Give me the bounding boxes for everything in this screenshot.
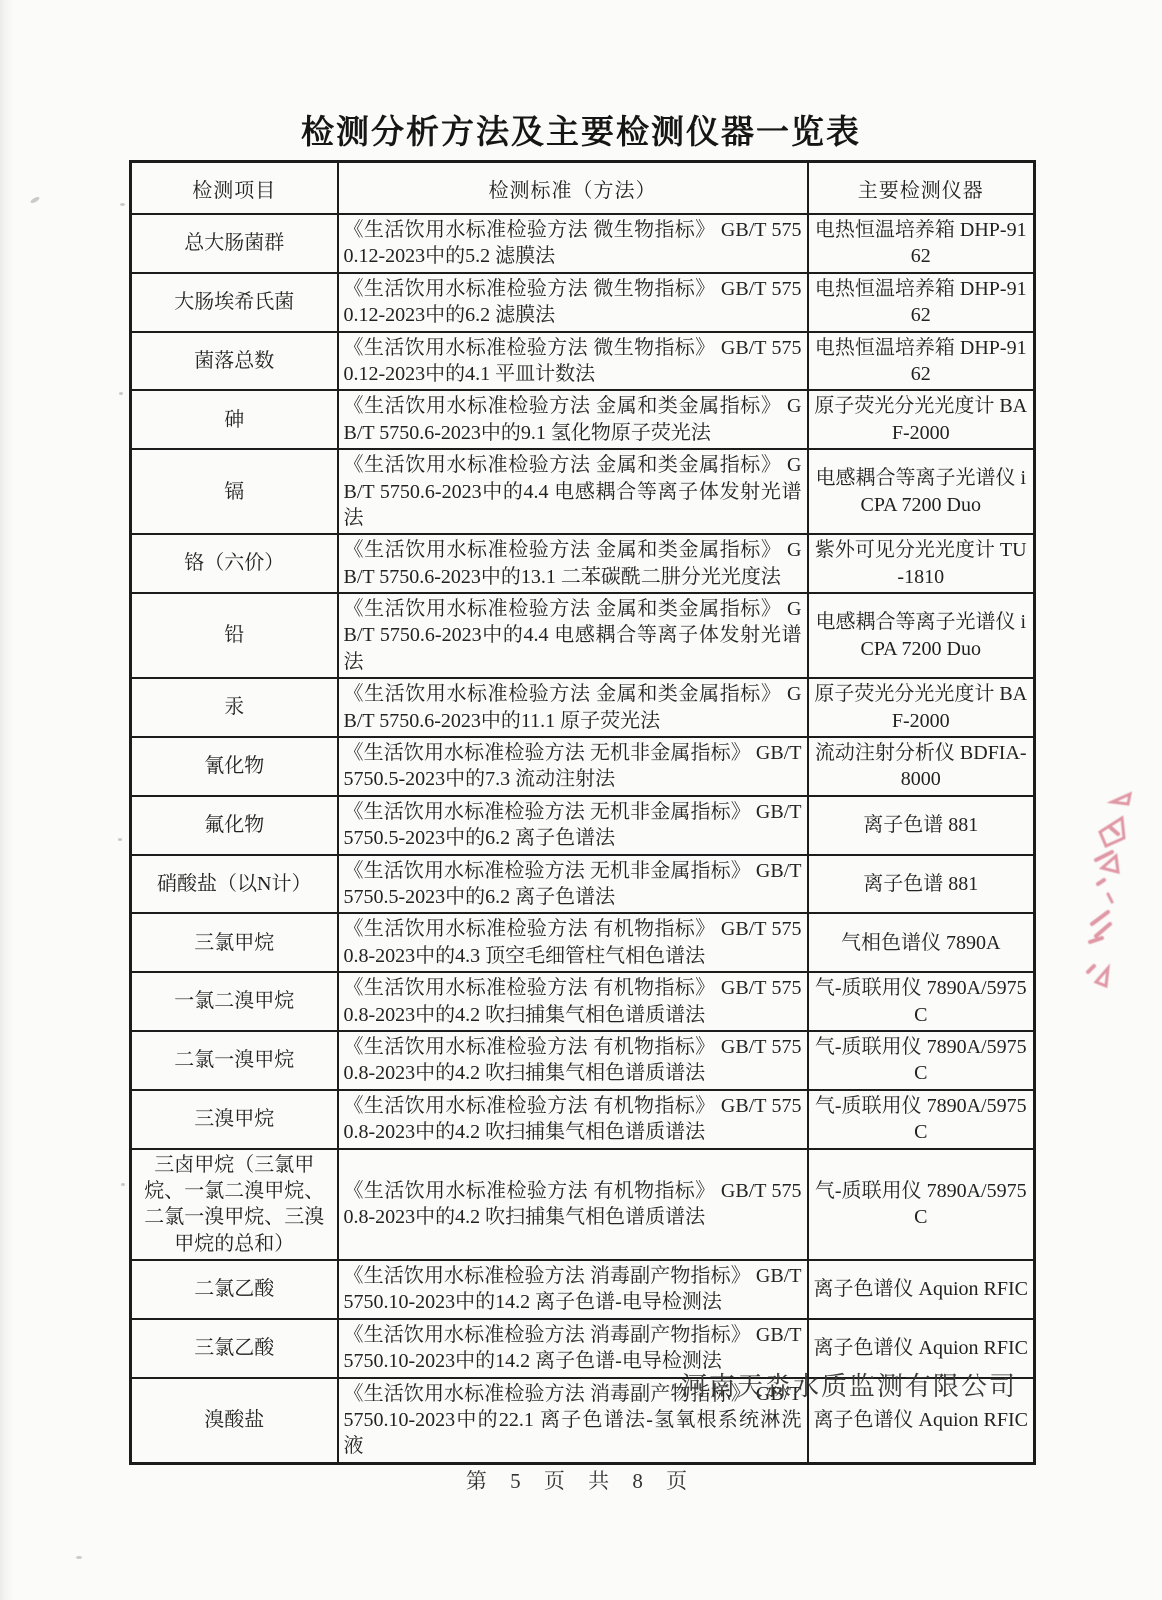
cell-item: 硝酸盐（以N计） [131, 855, 338, 914]
table-row: 三溴甲烷《生活饮用水标准检验方法 有机物指标》 GB/T 5750.8-2023… [131, 1090, 1035, 1149]
table-row: 铅《生活饮用水标准检验方法 金属和类金属指标》 GB/T 5750.6-2023… [131, 593, 1035, 678]
red-stamp-fragment [1078, 790, 1148, 1000]
cell-standard: 《生活饮用水标准检验方法 微生物指标》 GB/T 5750.12-2023中的6… [338, 273, 808, 332]
table-row: 汞《生活饮用水标准检验方法 金属和类金属指标》 GB/T 5750.6-2023… [131, 678, 1035, 737]
cell-instrument: 电热恒温培养箱 DHP-9162 [808, 214, 1035, 273]
cell-instrument: 气-质联用仪 7890A/5975C [808, 1149, 1035, 1261]
cell-item: 三溴甲烷 [131, 1090, 338, 1149]
methods-table: 检测项目 检测标准（方法） 主要检测仪器 总大肠菌群《生活饮用水标准检验方法 微… [129, 160, 1036, 1465]
scan-speck [76, 1556, 82, 1559]
cell-item: 氟化物 [131, 796, 338, 855]
table-row: 镉《生活饮用水标准检验方法 金属和类金属指标》 GB/T 5750.6-2023… [131, 449, 1035, 534]
cell-standard: 《生活饮用水标准检验方法 金属和类金属指标》 GB/T 5750.6-2023中… [338, 449, 808, 534]
cell-item: 三氯甲烷 [131, 913, 338, 972]
header-row: 检测项目 检测标准（方法） 主要检测仪器 [131, 162, 1035, 215]
table-row: 硝酸盐（以N计）《生活饮用水标准检验方法 无机非金属指标》 GB/T 5750.… [131, 855, 1035, 914]
cell-item: 二氯一溴甲烷 [131, 1031, 338, 1090]
cell-standard: 《生活饮用水标准检验方法 无机非金属指标》 GB/T 5750.5-2023中的… [338, 796, 808, 855]
cell-standard: 《生活饮用水标准检验方法 金属和类金属指标》 GB/T 5750.6-2023中… [338, 593, 808, 678]
cell-item: 汞 [131, 678, 338, 737]
col-header-instrument: 主要检测仪器 [808, 162, 1035, 215]
col-header-item: 检测项目 [131, 162, 338, 215]
cell-standard: 《生活饮用水标准检验方法 有机物指标》 GB/T 5750.8-2023中的4.… [338, 972, 808, 1031]
cell-standard: 《生活饮用水标准检验方法 微生物指标》 GB/T 5750.12-2023中的5… [338, 214, 808, 273]
table-row: 氟化物《生活饮用水标准检验方法 无机非金属指标》 GB/T 5750.5-202… [131, 796, 1035, 855]
page-number: 第 5 页 共 8 页 [0, 1465, 1162, 1495]
table-row: 菌落总数《生活饮用水标准检验方法 微生物指标》 GB/T 5750.12-202… [131, 332, 1035, 391]
cell-standard: 《生活饮用水标准检验方法 金属和类金属指标》 GB/T 5750.6-2023中… [338, 678, 808, 737]
cell-standard: 《生活饮用水标准检验方法 金属和类金属指标》 GB/T 5750.6-2023中… [338, 390, 808, 449]
cell-item: 铅 [131, 593, 338, 678]
cell-item: 大肠埃希氏菌 [131, 273, 338, 332]
cell-item: 氰化物 [131, 737, 338, 796]
cell-instrument: 紫外可见分光光度计 TU-1810 [808, 534, 1035, 593]
table-row: 总大肠菌群《生活饮用水标准检验方法 微生物指标》 GB/T 5750.12-20… [131, 214, 1035, 273]
scan-shadow-left [0, 0, 14, 1600]
cell-standard: 《生活饮用水标准检验方法 有机物指标》 GB/T 5750.8-2023中的4.… [338, 1149, 808, 1261]
table-row: 氰化物《生活饮用水标准检验方法 无机非金属指标》 GB/T 5750.5-202… [131, 737, 1035, 796]
cell-item: 砷 [131, 390, 338, 449]
table-row: 一氯二溴甲烷《生活饮用水标准检验方法 有机物指标》 GB/T 5750.8-20… [131, 972, 1035, 1031]
table-row: 砷《生活饮用水标准检验方法 金属和类金属指标》 GB/T 5750.6-2023… [131, 390, 1035, 449]
cell-item: 三卤甲烷（三氯甲烷、一氯二溴甲烷、二氯一溴甲烷、三溴甲烷的总和） [131, 1149, 338, 1261]
cell-instrument: 原子荧光分光光度计 BAF-2000 [808, 390, 1035, 449]
col-header-standard: 检测标准（方法） [338, 162, 808, 215]
scan-speck [30, 196, 41, 204]
cell-instrument: 电感耦合等离子光谱仪 iCPA 7200 Duo [808, 449, 1035, 534]
table-row: 三氯甲烷《生活饮用水标准检验方法 有机物指标》 GB/T 5750.8-2023… [131, 913, 1035, 972]
cell-instrument: 气相色谱仪 7890A [808, 913, 1035, 972]
table-row: 三卤甲烷（三氯甲烷、一氯二溴甲烷、二氯一溴甲烷、三溴甲烷的总和）《生活饮用水标准… [131, 1149, 1035, 1261]
page-title: 检测分析方法及主要检测仪器一览表 [0, 106, 1162, 153]
cell-standard: 《生活饮用水标准检验方法 无机非金属指标》 GB/T 5750.5-2023中的… [338, 855, 808, 914]
cell-standard: 《生活饮用水标准检验方法 金属和类金属指标》 GB/T 5750.6-2023中… [338, 534, 808, 593]
cell-instrument: 电感耦合等离子光谱仪 iCPA 7200 Duo [808, 593, 1035, 678]
cell-instrument: 气-质联用仪 7890A/5975C [808, 972, 1035, 1031]
company-name: 河南天淼水质监测有限公司 [0, 1366, 1017, 1403]
cell-standard: 《生活饮用水标准检验方法 消毒副产物指标》 GB/T 5750.10-2023中… [338, 1260, 808, 1319]
table-row: 铬（六价）《生活饮用水标准检验方法 金属和类金属指标》 GB/T 5750.6-… [131, 534, 1035, 593]
cell-instrument: 离子色谱 881 [808, 796, 1035, 855]
cell-standard: 《生活饮用水标准检验方法 有机物指标》 GB/T 5750.8-2023中的4.… [338, 913, 808, 972]
cell-standard: 《生活饮用水标准检验方法 有机物指标》 GB/T 5750.8-2023中的4.… [338, 1031, 808, 1090]
cell-item: 菌落总数 [131, 332, 338, 391]
cell-instrument: 原子荧光分光光度计 BAF-2000 [808, 678, 1035, 737]
scan-speck [120, 203, 125, 206]
scan-speck [119, 392, 123, 395]
cell-instrument: 离子色谱 881 [808, 855, 1035, 914]
cell-instrument: 离子色谱仪 Aquion RFIC [808, 1260, 1035, 1319]
cell-instrument: 气-质联用仪 7890A/5975C [808, 1090, 1035, 1149]
cell-standard: 《生活饮用水标准检验方法 无机非金属指标》 GB/T 5750.5-2023中的… [338, 737, 808, 796]
table-row: 大肠埃希氏菌《生活饮用水标准检验方法 微生物指标》 GB/T 5750.12-2… [131, 273, 1035, 332]
cell-item: 铬（六价） [131, 534, 338, 593]
cell-instrument: 电热恒温培养箱 DHP-9162 [808, 273, 1035, 332]
cell-standard: 《生活饮用水标准检验方法 有机物指标》 GB/T 5750.8-2023中的4.… [338, 1090, 808, 1149]
table-row: 二氯一溴甲烷《生活饮用水标准检验方法 有机物指标》 GB/T 5750.8-20… [131, 1031, 1035, 1090]
scan-speck [121, 1183, 125, 1186]
cell-item: 一氯二溴甲烷 [131, 972, 338, 1031]
table-row: 二氯乙酸《生活饮用水标准检验方法 消毒副产物指标》 GB/T 5750.10-2… [131, 1260, 1035, 1319]
cell-item: 二氯乙酸 [131, 1260, 338, 1319]
scan-speck [118, 838, 122, 841]
cell-item: 总大肠菌群 [131, 214, 338, 273]
cell-instrument: 气-质联用仪 7890A/5975C [808, 1031, 1035, 1090]
cell-item: 镉 [131, 449, 338, 534]
cell-standard: 《生活饮用水标准检验方法 微生物指标》 GB/T 5750.12-2023中的4… [338, 332, 808, 391]
cell-instrument: 流动注射分析仪 BDFIA-8000 [808, 737, 1035, 796]
cell-instrument: 电热恒温培养箱 DHP-9162 [808, 332, 1035, 391]
